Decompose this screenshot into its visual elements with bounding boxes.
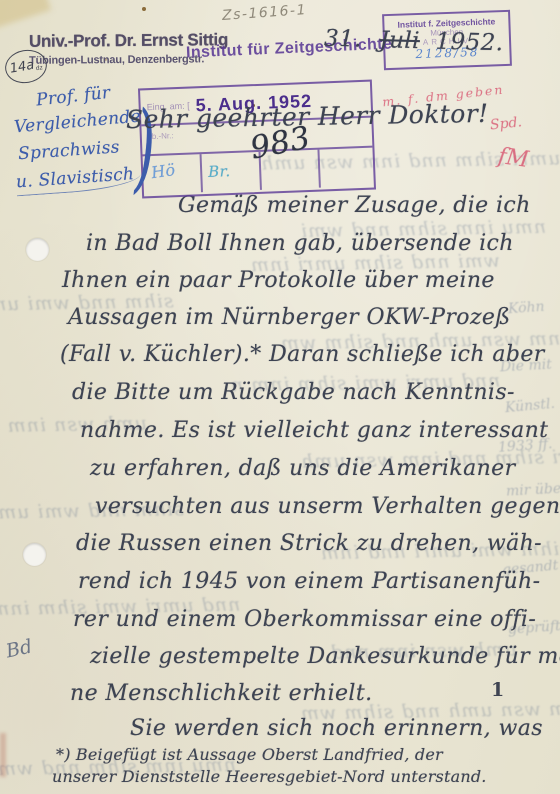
date-day: 31. bbox=[324, 26, 362, 53]
punch-hole-bottom bbox=[23, 543, 46, 566]
body-line: versuchten aus unserm Verhalten gegen bbox=[95, 494, 560, 519]
date-month: Juli bbox=[379, 27, 420, 54]
sender-note-line: Vergleichende bbox=[13, 107, 141, 138]
page-number: 1 bbox=[491, 679, 504, 701]
salutation: Sehr geehrter Herr Doktor! bbox=[126, 99, 489, 134]
corner-mark-text: 14a bbox=[9, 58, 36, 77]
sender-note-line: u. Slavistisch bbox=[15, 164, 141, 197]
body-line: die Russen einen Strick zu drehen, wäh- bbox=[76, 531, 542, 556]
body-line: zu erfahren, daß uns die Amerikaner bbox=[90, 456, 516, 481]
body-line: Ihnen ein paar Protokolle über meine bbox=[62, 268, 495, 293]
red-pencil-mark-1: Spd. bbox=[489, 114, 522, 133]
body-line: in Bad Boll Ihnen gab, übersende ich bbox=[86, 231, 514, 256]
margin-ghost-note: Köhn bbox=[507, 299, 545, 318]
grid-cell: Br. bbox=[200, 152, 260, 192]
red-pencil-mark-2: fM bbox=[496, 144, 530, 173]
body-line: rer und einem Oberkommissar eine offi- bbox=[73, 607, 536, 632]
body-line: zielle gestempelte Dankesurkunde für mei… bbox=[90, 644, 560, 669]
body-line: ne Menschlichkeit erhielt. bbox=[70, 681, 373, 706]
body-line: Gemäß meiner Zusage, die ich bbox=[178, 193, 531, 218]
body-line: rend ich 1945 von einem Partisanenfüh- bbox=[78, 569, 540, 594]
footnote-line: *) Beigefügt ist Aussage Oberst Landfrie… bbox=[56, 745, 443, 764]
footnote-line: unserer Dienststelle Heeresgebiet-Nord u… bbox=[52, 767, 487, 786]
body-line: die Bitte um Rückgabe nach Kenntnis- bbox=[72, 380, 515, 405]
corner-mark-sub: dz bbox=[35, 64, 43, 72]
sender-profession-note: Prof. für Vergleichende Sprachwiss u. Sl… bbox=[14, 85, 141, 192]
grid-cell bbox=[317, 148, 373, 188]
date-year: 1952. bbox=[435, 29, 504, 57]
body-line: Aussagen im Nürnberger OKW-Prozeß bbox=[68, 305, 510, 330]
receipt-stamp: Eing. am: [ 5. Aug. 1952 b.-Nr.: Hö Br. … bbox=[138, 80, 376, 199]
body-line: (Fall v. Küchler).* Daran schließe ich a… bbox=[60, 342, 545, 367]
handwritten-date: 31. Juli 1952. bbox=[324, 26, 504, 57]
body-line: Sie werden sich noch erinnern, was bbox=[130, 716, 543, 741]
edge-smudge bbox=[0, 733, 6, 777]
margin-pencil-mark: Bd bbox=[4, 636, 34, 663]
cell-initials-2: Br. bbox=[208, 162, 231, 181]
punch-hole-top bbox=[26, 238, 49, 261]
body-line: nahme. Es ist vielleicht ganz interessan… bbox=[80, 418, 548, 443]
paper-speck bbox=[142, 7, 146, 11]
scanned-letter-page: umri sihm nnd inm wsn umh nmu inm sihm n… bbox=[0, 0, 560, 794]
tape-stain bbox=[0, 0, 51, 29]
pencil-signature: Zs-1616-1 bbox=[222, 2, 308, 24]
sender-note-line: Sprachwiss bbox=[17, 136, 141, 165]
